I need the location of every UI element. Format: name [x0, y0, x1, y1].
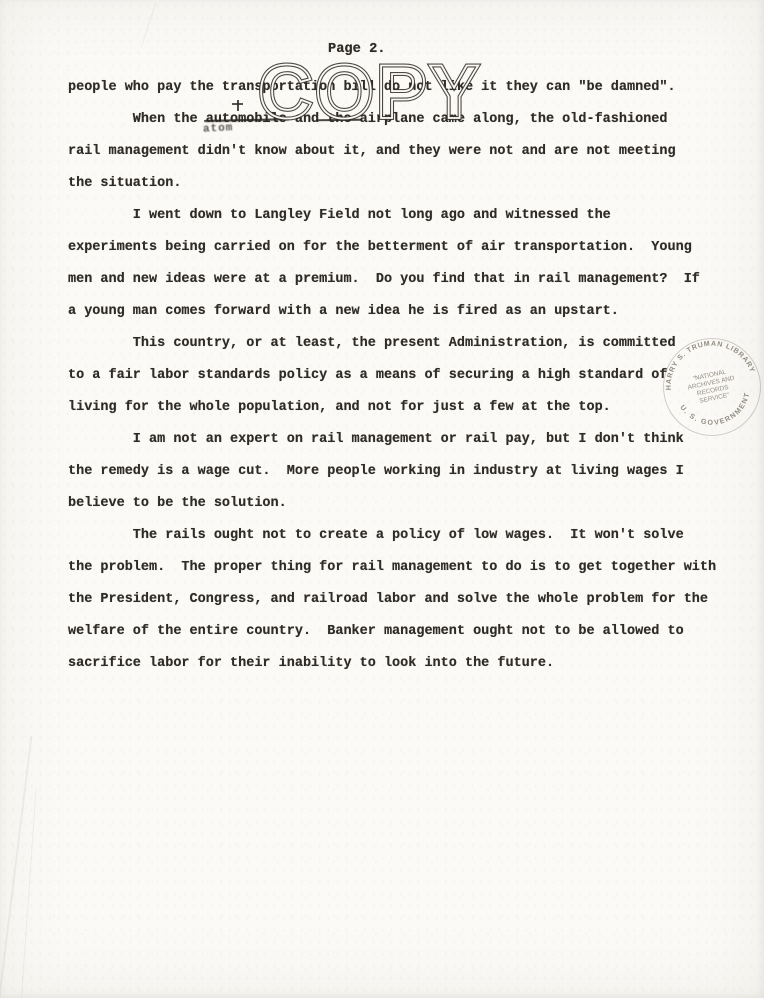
document-line: believe to be the solution. — [68, 488, 738, 520]
document-line: welfare of the entire country. Banker ma… — [68, 616, 738, 648]
document-line: men and new ideas were at a premium. Do … — [68, 264, 738, 296]
document-body: people who pay the transportation bill d… — [68, 72, 738, 680]
document-line: the situation. — [68, 168, 738, 200]
document-line: rail management didn't know about it, an… — [68, 136, 738, 168]
document-line: the remedy is a wage cut. More people wo… — [68, 456, 738, 488]
page-number: Page 2. — [328, 42, 386, 57]
paper-crease — [21, 790, 37, 998]
document-line: When the automobile and the airplane cam… — [68, 104, 738, 136]
handwritten-mark — [232, 103, 243, 105]
document-line: The rails ought not to create a policy o… — [68, 520, 738, 552]
handwritten-mark — [237, 100, 239, 111]
document-line: experiments being carried on for the bet… — [68, 232, 738, 264]
archives-stamp: HARRY S. TRUMAN LIBRARY U. S. GOVERNMENT… — [652, 327, 764, 448]
document-line: living for the whole population, and not… — [68, 392, 738, 424]
document-line: a young man comes forward with a new ide… — [68, 296, 738, 328]
document-line: to a fair labor standards policy as a me… — [68, 360, 738, 392]
document-line: people who pay the transportation bill d… — [68, 72, 738, 104]
document-line: sacrifice labor for their inability to l… — [68, 648, 738, 680]
handwritten-correction: atom — [203, 122, 234, 136]
document-line: the problem. The proper thing for rail m… — [68, 552, 738, 584]
paper-crease — [0, 736, 32, 998]
document-line: the President, Congress, and railroad la… — [68, 584, 738, 616]
paper-crease — [141, 3, 156, 47]
document-line: I went down to Langley Field not long ag… — [68, 200, 738, 232]
scanned-letter-page: Page 2. people who pay the transportatio… — [0, 0, 764, 998]
document-line: This country, or at least, the present A… — [68, 328, 738, 360]
document-line: I am not an expert on rail management or… — [68, 424, 738, 456]
